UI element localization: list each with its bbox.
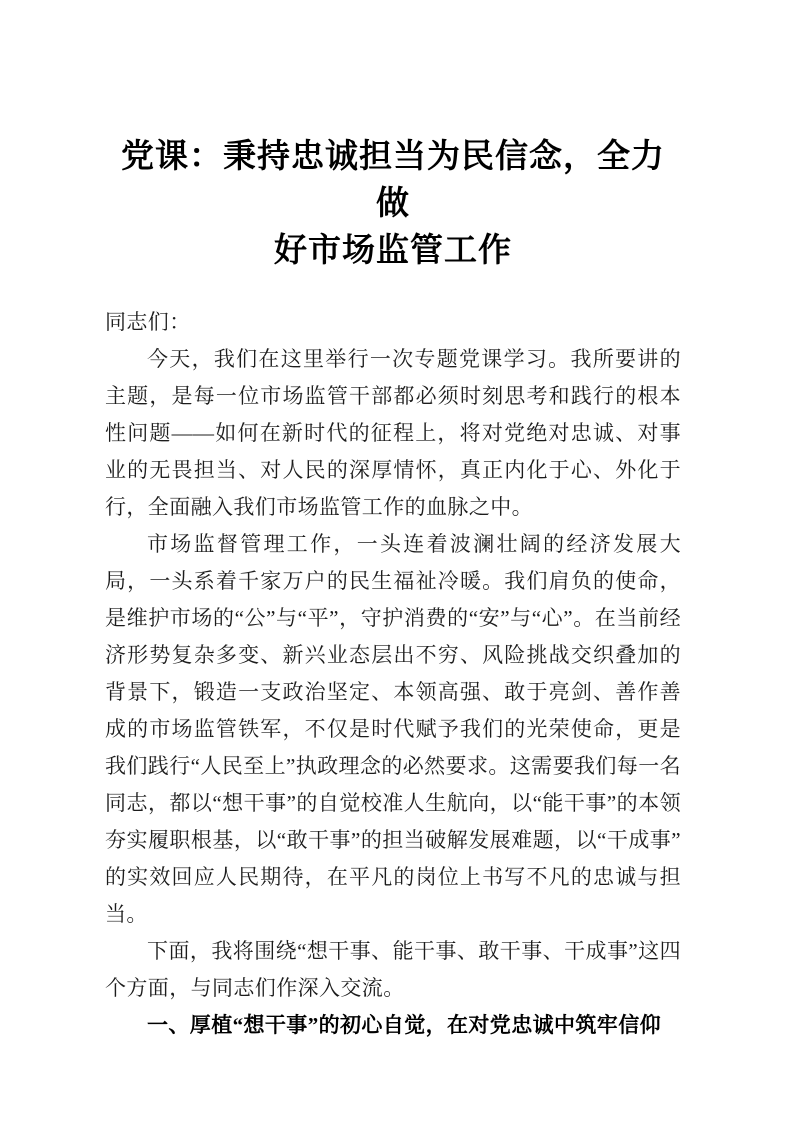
document-title-line-1: 党课：秉持忠诚担当为民信念，全力做 [105, 134, 681, 228]
paragraph-4: 下面，我将围绕“想干事、能干事、敢干事、干成事”这四个方面，与同志们作深入交流。 [105, 933, 681, 1007]
document-page: 党课：秉持忠诚担当为民信念，全力做 好市场监管工作 同志们：今天，我们在这里举行… [0, 0, 793, 1122]
paragraph-2: 今天，我们在这里举行一次专题党课学习。我所要讲的主题，是每一位市场监管干部都必须… [105, 341, 681, 526]
paragraph-3: 市场监督管理工作，一头连着波澜壮阔的经济发展大局，一头系着千家万户的民生福祉冷暖… [105, 526, 681, 933]
document-title-line-2: 好市场监管工作 [105, 228, 681, 275]
section-heading: 一、厚植“想干事”的初心自觉，在对党忠诚中筑牢信仰 [105, 1007, 681, 1044]
document-body: 同志们：今天，我们在这里举行一次专题党课学习。我所要讲的主题，是每一位市场监管干… [105, 304, 681, 1044]
document-title: 党课：秉持忠诚担当为民信念，全力做 好市场监管工作 [105, 134, 681, 275]
paragraph-1: 同志们： [105, 304, 681, 341]
